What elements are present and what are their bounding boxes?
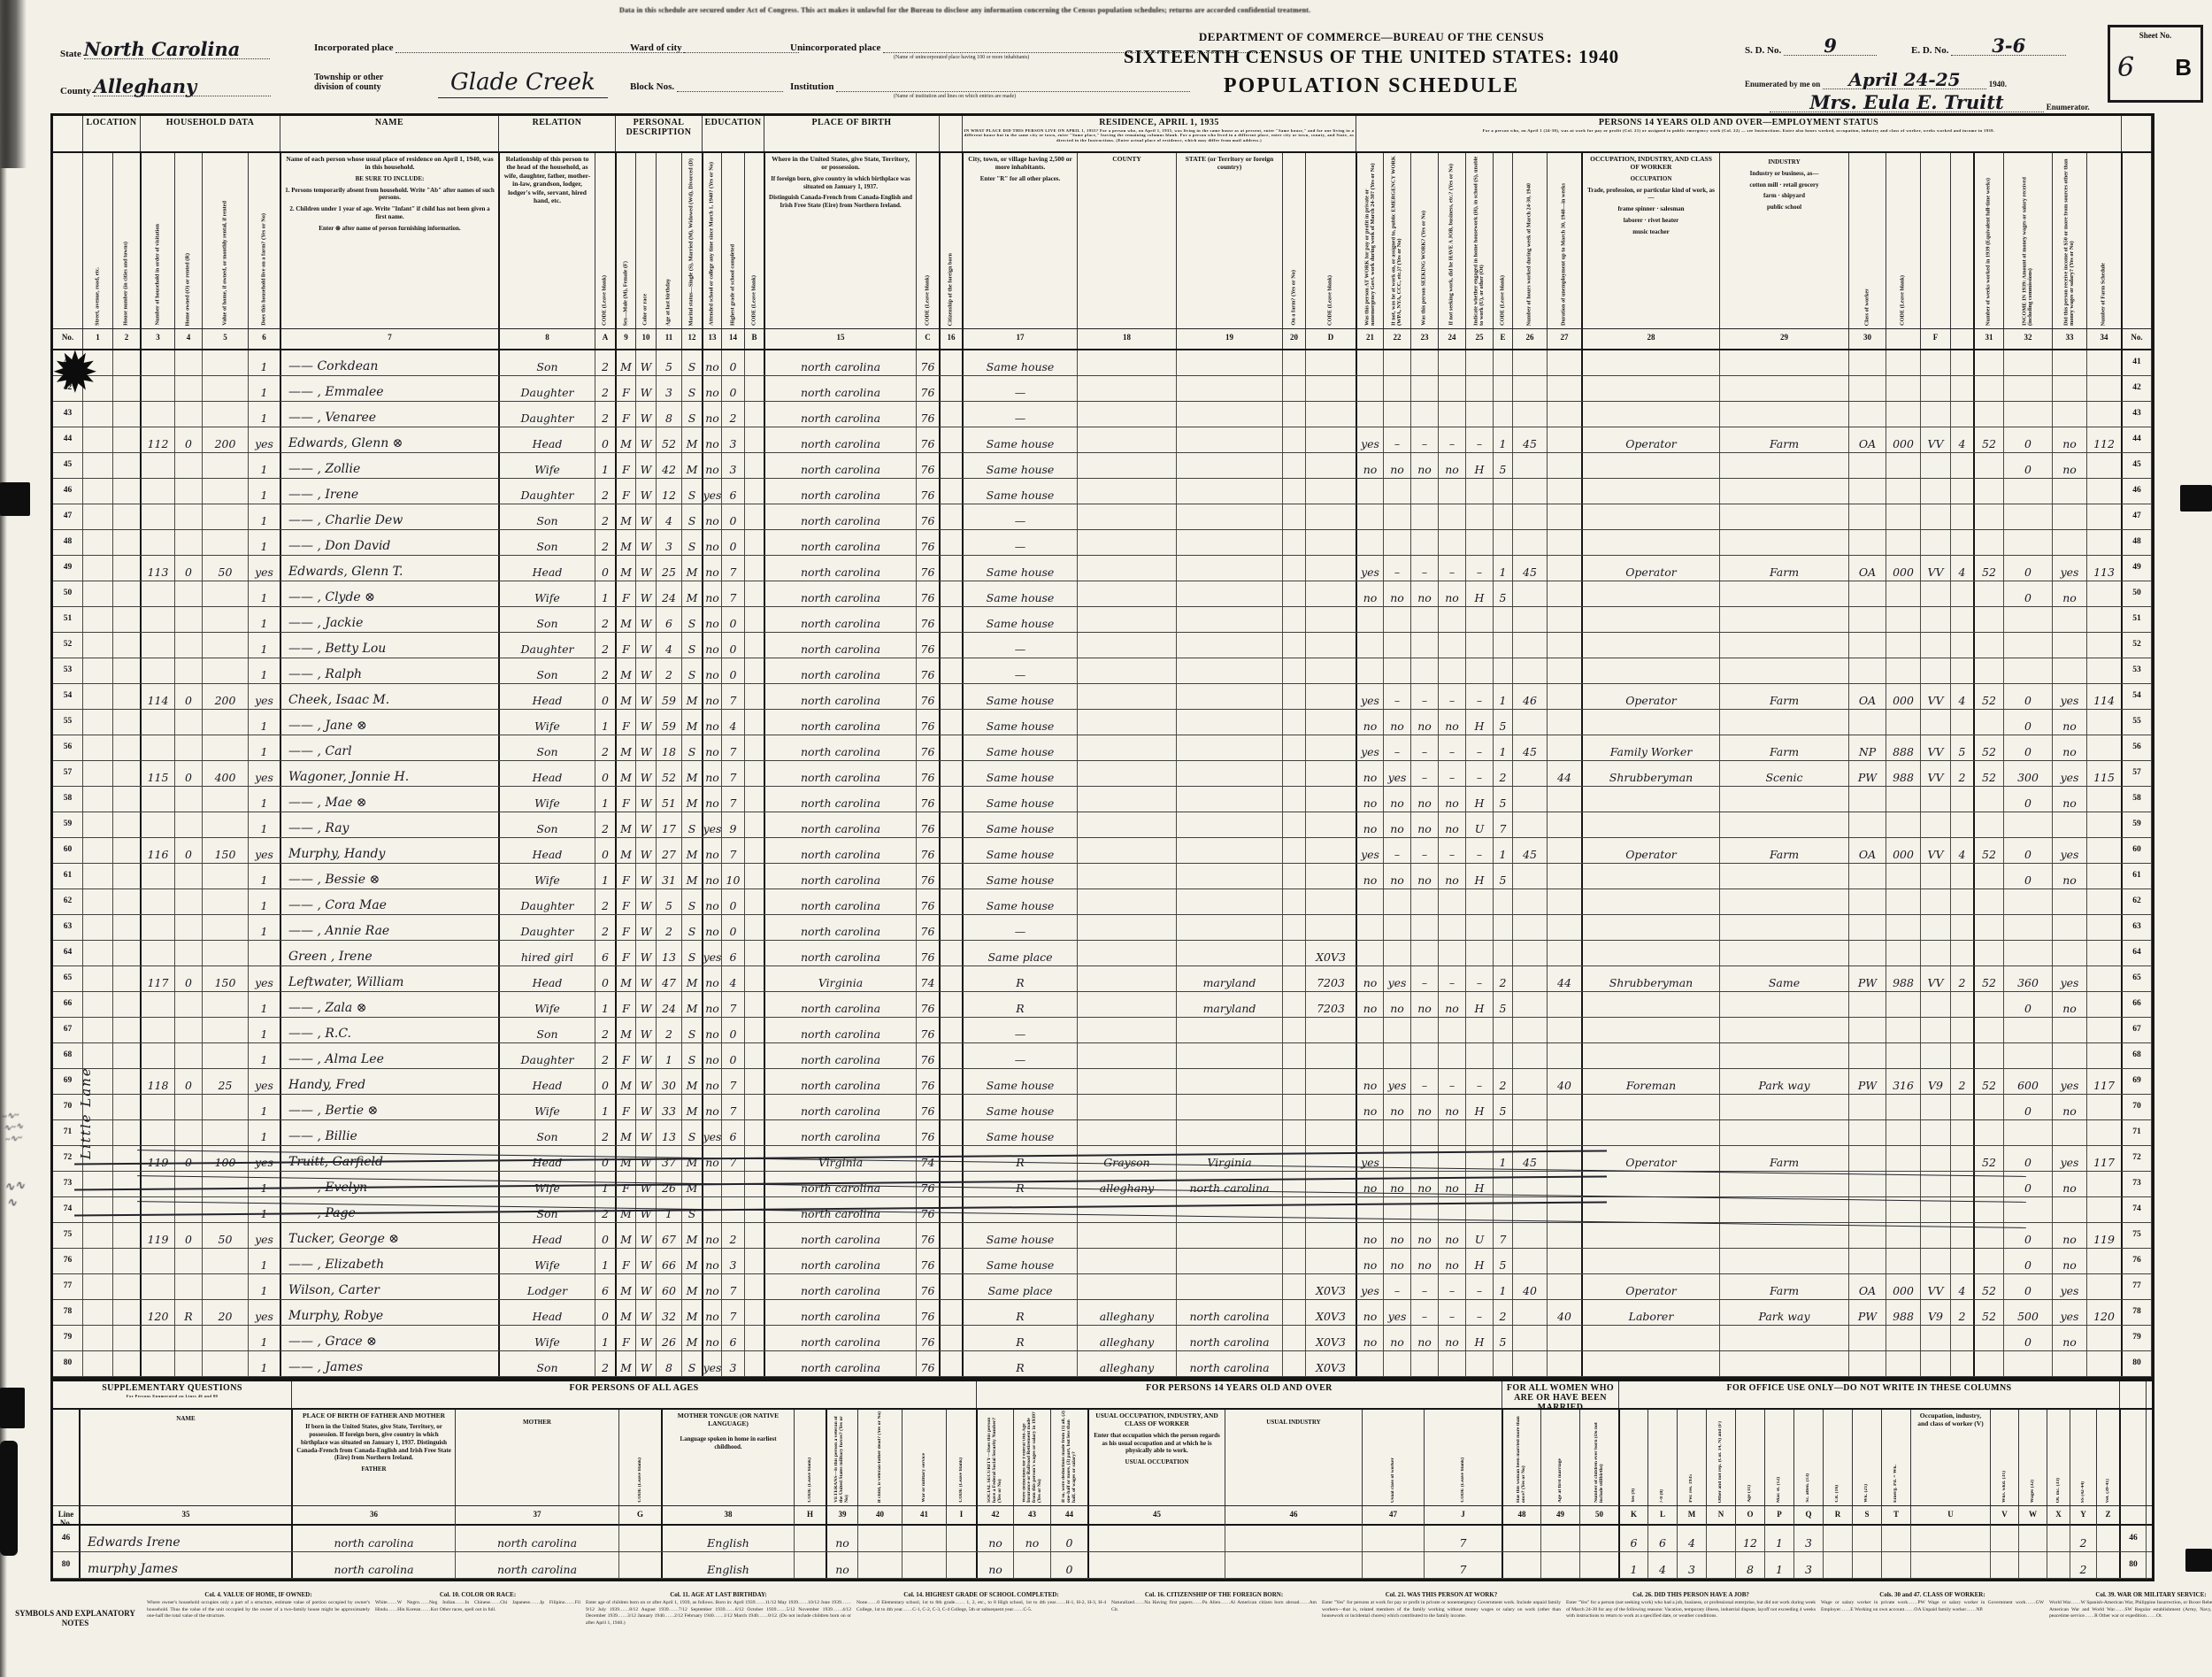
cell-rel: Daughter	[498, 889, 595, 914]
cell-f3	[1951, 812, 1974, 837]
cell-sc: yes	[702, 941, 722, 965]
cell-vl	[203, 633, 249, 658]
cell-fs	[2087, 402, 2122, 427]
column-number-P: P	[1765, 1506, 1794, 1527]
cell-name: —— , Venaree	[280, 402, 499, 427]
cell-h26	[1513, 633, 1548, 658]
cell-sc: no	[702, 453, 722, 478]
cell-sx: M	[615, 607, 636, 632]
cell-cr: W	[636, 915, 657, 940]
cell-gr: 7	[722, 1300, 745, 1325]
cell-r4	[1283, 864, 1306, 889]
cell-no2: 46	[2121, 479, 2152, 504]
cell-hn	[113, 581, 141, 606]
cell-h26	[1513, 1326, 1548, 1350]
group-header-instructions: For Persons Enumerated on Lines 46 and 8…	[54, 1394, 290, 1398]
cell-f1: 000	[1886, 427, 1921, 452]
footer-note-body: Enter age of children born on or after A…	[586, 1600, 851, 1627]
cell-e25: –	[1466, 427, 1494, 452]
cell-kw	[1849, 1326, 1886, 1350]
cell-r2	[1078, 504, 1177, 529]
cell-fm: 1	[249, 864, 280, 889]
cell-oc	[1581, 453, 1720, 478]
enumerator-name: Mrs. Eula E. Truitt	[1809, 91, 2003, 113]
cell-kw	[1849, 1018, 1886, 1042]
column-header-j: CODE (Leave blank)	[1425, 1410, 1502, 1505]
cell-ms: S	[682, 889, 703, 914]
group-header-label: RELATION	[533, 118, 582, 127]
cell-f2	[1921, 1095, 1951, 1119]
cell-gr: 0	[722, 915, 745, 940]
cell-e23: –	[1411, 966, 1439, 991]
cell-r3	[1177, 1223, 1283, 1248]
cell-d	[1306, 838, 1356, 863]
cell-o33: no	[2053, 1172, 2087, 1196]
cell-r2	[1078, 479, 1177, 504]
column-header-label: Indicate whether engaged in home housewo…	[1473, 156, 1485, 326]
column-header-u47: Usual class of worker	[1363, 1410, 1425, 1505]
cell-oc	[1581, 1351, 1720, 1376]
cell-gr: 7	[722, 787, 745, 812]
cell-vl	[203, 504, 249, 529]
cell-N	[1707, 1526, 1736, 1551]
cell-fs	[2087, 453, 2122, 478]
cell-o33	[2053, 402, 2087, 427]
cell-ms: M	[682, 761, 703, 786]
column-number-pb: 15	[764, 329, 917, 349]
township-value: Glade Creek	[438, 69, 608, 98]
cell-e22: –	[1384, 427, 1411, 452]
cell-in: Farm	[1720, 735, 1849, 760]
cell-r3	[1177, 658, 1283, 683]
cell-r1: R	[962, 992, 1078, 1017]
cell-e22: no	[1384, 1095, 1411, 1119]
cell-f1: 000	[1886, 556, 1921, 581]
cell-h26	[1513, 1095, 1548, 1119]
cell-h26	[1513, 812, 1548, 837]
cell-cr: W	[636, 633, 657, 658]
cell-f3	[1951, 504, 1974, 529]
cell-f1	[1886, 504, 1921, 529]
cell-Q: 3	[1794, 1552, 1824, 1578]
cell-rel: Son	[498, 1018, 595, 1042]
cell-i32: 300	[2004, 761, 2053, 786]
cell-ag: 60	[657, 1274, 682, 1299]
cell-f1: 000	[1886, 684, 1921, 709]
cell-r2	[1078, 812, 1177, 837]
cell-oc: Operator	[1581, 838, 1720, 863]
cell-w31: 52	[1973, 1069, 2004, 1094]
cell-ms: M	[682, 581, 703, 606]
cell-r4	[1283, 838, 1306, 863]
column-number-sx: 9	[615, 329, 636, 349]
cell-kw	[1849, 350, 1886, 375]
cell-e24: no	[1439, 864, 1466, 889]
column-header-text: FATHER	[293, 1464, 455, 1475]
cell-f1	[1886, 864, 1921, 889]
cell-rel: Son	[498, 1351, 595, 1376]
cell-pb: north carolina	[764, 479, 917, 504]
cell-i32	[2004, 1043, 2053, 1068]
cell-r3	[1177, 581, 1283, 606]
column-header-X: Ot. inc. (33)	[2047, 1410, 2070, 1505]
cell-r3	[1177, 376, 1283, 401]
cell-b	[745, 1120, 764, 1145]
cell-c: 76	[917, 812, 940, 837]
cell-fm: yes	[249, 1223, 280, 1248]
column-header-L: 7-8 (0)	[1648, 1410, 1678, 1505]
cell-r3: north carolina	[1177, 1172, 1283, 1196]
cell-rel: Son	[498, 735, 595, 760]
cell-in	[1720, 1197, 1849, 1222]
column-header-text: MOTHER	[456, 1417, 618, 1428]
cell-fs	[2087, 915, 2122, 940]
cell-h26: 45	[1513, 1146, 1548, 1171]
cell-st	[83, 427, 113, 452]
cell-sc: no	[702, 889, 722, 914]
cell-no2: 42	[2121, 376, 2152, 401]
cell-r4	[1283, 1197, 1306, 1222]
column-header-label: CODE (Leave blank)	[1901, 275, 1907, 326]
cell-o33	[2053, 658, 2087, 683]
cell-h26	[1513, 479, 1548, 504]
cell-d	[1306, 479, 1356, 504]
cell-f2: V9	[1921, 1300, 1951, 1325]
cell-e25: H	[1466, 710, 1494, 735]
cell-oc: Operator	[1581, 556, 1720, 581]
cell-ag: 18	[657, 735, 682, 760]
cell-fs	[2087, 1274, 2122, 1299]
cell-ag: 5	[657, 350, 682, 375]
cell-f1	[1886, 453, 1921, 478]
cell-ms: S	[682, 530, 703, 555]
cell-ag: 17	[657, 812, 682, 837]
cell-o33	[2053, 941, 2087, 965]
cell-e23	[1411, 1120, 1439, 1145]
cell-e23: no	[1411, 1172, 1439, 1196]
cell-h26	[1513, 402, 1548, 427]
cell-cr: W	[636, 1351, 657, 1376]
column-header-label: INCOME IN 1939: Amount of money wages or…	[2022, 156, 2033, 326]
column-number-no2	[2119, 1506, 2147, 1527]
cell-hh	[140, 787, 175, 812]
cell-e21: no	[1356, 453, 1384, 478]
cell-ag: 59	[657, 710, 682, 735]
cell-e25	[1466, 1043, 1494, 1068]
column-header-Z: Vet. (39-41)	[2097, 1410, 2120, 1505]
cell-f3	[1951, 1043, 1974, 1068]
cell-cr: W	[636, 1069, 657, 1094]
cell-b	[745, 864, 764, 889]
cell-e23	[1411, 376, 1439, 401]
cell-d27	[1548, 658, 1582, 683]
cell-d	[1306, 530, 1356, 555]
cell-ct	[939, 479, 963, 504]
column-header-label: Cit. (16)	[1835, 1485, 1840, 1503]
cell-w31: 52	[1973, 1146, 2004, 1171]
cell-d	[1306, 915, 1356, 940]
state-label: State	[60, 49, 81, 59]
cell-e22	[1384, 633, 1411, 658]
cell-r3	[1177, 889, 1283, 914]
cell-name: —— , James	[280, 1351, 499, 1376]
cell-o33: no	[2053, 710, 2087, 735]
column-number-T: T	[1882, 1506, 1911, 1527]
cell-cr: W	[636, 684, 657, 709]
cell-v39: no	[826, 1552, 858, 1578]
cell-hh	[140, 1351, 175, 1376]
cell-b	[745, 1146, 764, 1171]
cell-M: 4	[1678, 1526, 1707, 1551]
cell-kw	[1849, 453, 1886, 478]
cell-e25: H	[1466, 1172, 1494, 1196]
cell-sc: no	[702, 607, 722, 632]
cell-r3: maryland	[1177, 992, 1283, 1017]
column-number-U: U	[1911, 1506, 1991, 1527]
cell-c: 76	[917, 1249, 940, 1273]
cell-d	[1306, 735, 1356, 760]
cell-e22: no	[1384, 1326, 1411, 1350]
cell-ce	[1494, 479, 1513, 504]
cell-oc	[1581, 1197, 1720, 1222]
marginal-scribble-1: ~∿~∿~∿~∿~	[2, 1104, 59, 1146]
cell-sx: M	[615, 1351, 636, 1376]
cell-d27	[1548, 838, 1582, 863]
cell-kw	[1849, 1197, 1886, 1222]
cell-st	[83, 684, 113, 709]
cell-Y: 2	[2070, 1526, 2097, 1551]
cell-w31	[1973, 530, 2004, 555]
cell-sc: no	[702, 1069, 722, 1094]
cell-e25	[1466, 402, 1494, 427]
cell-fs	[2087, 607, 2122, 632]
cell-fm: 1	[249, 1351, 280, 1376]
column-number-cr: 10	[636, 329, 657, 349]
cell-cr: W	[636, 1120, 657, 1145]
cell-c: 76	[917, 427, 940, 452]
cell-oc	[1581, 1223, 1720, 1248]
cell-e23: –	[1411, 1274, 1439, 1299]
cell-b	[745, 838, 764, 863]
cell-no2: 61	[2121, 864, 2152, 889]
cell-oc	[1581, 479, 1720, 504]
cell-st	[83, 1300, 113, 1325]
cell-hn	[113, 787, 141, 812]
cell-ag: 31	[657, 864, 682, 889]
cell-a: 0	[595, 1223, 616, 1248]
cell-f1	[1886, 1018, 1921, 1042]
cell-r4	[1283, 889, 1306, 914]
cell-oc	[1581, 504, 1720, 529]
cell-e21: no	[1356, 1223, 1384, 1248]
cell-name: Handy, Fred	[280, 1069, 499, 1094]
column-header-text: Industry or business, as—	[1720, 168, 1848, 180]
cell-fm: 1	[249, 915, 280, 940]
footer-note-title: Cols. 30 and 47. CLASS OF WORKER:	[1821, 1591, 2044, 1598]
cell-hn	[113, 607, 141, 632]
table-row: 591—— , RaySon2MW17Syes9north carolina76…	[53, 812, 2152, 838]
column-number-ms: 12	[682, 329, 703, 349]
cell-e23: –	[1411, 1300, 1439, 1325]
cell-ag: 25	[657, 556, 682, 581]
cell-sx: M	[615, 735, 636, 760]
cell-rel: hired girl	[498, 941, 595, 965]
cell-w31	[1973, 607, 2004, 632]
cell-ms: M	[682, 684, 703, 709]
column-number-oc: 28	[1581, 329, 1720, 349]
cell-b	[745, 530, 764, 555]
cell-w31: 52	[1973, 684, 2004, 709]
cell-s42: no	[976, 1552, 1014, 1578]
county-value: Alleghany	[94, 75, 197, 97]
cell-oc	[1581, 1095, 1720, 1119]
cell-gr: 9	[722, 812, 745, 837]
cell-fm: 1	[249, 581, 280, 606]
group-header-row: LOCATIONHOUSEHOLD DATANAMERELATIONPERSON…	[53, 116, 2152, 153]
cell-vl	[203, 1120, 249, 1145]
column-header-text: OCCUPATION, INDUSTRY, AND CLASS OF WORKE…	[1583, 153, 1719, 173]
cell-vl	[203, 1274, 249, 1299]
cell-d27: 44	[1548, 966, 1582, 991]
cell-ms: M	[682, 1300, 703, 1325]
cell-i32: 0	[2004, 864, 2053, 889]
cell-fa: north carolina	[291, 1526, 456, 1551]
cell-r3	[1177, 633, 1283, 658]
incorporated-label: Incorporated place	[314, 42, 394, 53]
cell-fs: 115	[2087, 761, 2122, 786]
cell-sc: no	[702, 504, 722, 529]
cell-j: 7	[1425, 1526, 1502, 1551]
cell-pb: north carolina	[764, 761, 917, 786]
cell-r2: alleghany	[1078, 1326, 1177, 1350]
column-number-j: J	[1425, 1506, 1502, 1527]
cell-f3	[1951, 376, 1974, 401]
cell-gr: 7	[722, 1274, 745, 1299]
cell-rel: Lodger	[498, 1274, 595, 1299]
cell-ow: 0	[175, 1146, 203, 1171]
cell-f3	[1951, 1326, 1974, 1350]
cell-gr: 7	[722, 581, 745, 606]
cell-fs	[2087, 658, 2122, 683]
cell-g	[619, 1552, 662, 1578]
column-number-name: 35	[79, 1506, 292, 1527]
cell-rel: Head	[498, 684, 595, 709]
column-header-o33: Did this person receive income of $50 or…	[2053, 153, 2087, 328]
cell-e24: –	[1439, 761, 1466, 786]
cell-v40	[858, 1526, 902, 1551]
cell-e25	[1466, 1120, 1494, 1145]
cell-ce	[1494, 376, 1513, 401]
cell-d: X0V3	[1306, 1274, 1356, 1299]
column-header-ow: Home owned (O) or rented (R)	[175, 153, 203, 328]
footer-note-title: Col. 21. WAS THIS PERSON AT WORK?	[1322, 1591, 1561, 1598]
cell-w31	[1973, 992, 2004, 1017]
cell-f2	[1921, 941, 1951, 965]
cell-fs	[2087, 966, 2122, 991]
cell-r4	[1283, 966, 1306, 991]
cell-hh	[140, 607, 175, 632]
cell-ow: 0	[175, 966, 203, 991]
cell-o33: no	[2053, 864, 2087, 889]
cell-v39: no	[826, 1526, 858, 1551]
column-number-rel: 8	[498, 329, 595, 349]
cell-d27	[1548, 710, 1582, 735]
column-header-label: Was this person AT WORK for pay or profi…	[1364, 156, 1376, 326]
cell-d27	[1548, 402, 1582, 427]
cell-kw	[1849, 1095, 1886, 1119]
cell-ms: S	[682, 1043, 703, 1068]
cell-hh	[140, 941, 175, 965]
cell-kw: OA	[1849, 684, 1886, 709]
column-header-in: INDUSTRYIndustry or business, as—cotton …	[1720, 153, 1849, 328]
footer-note-title: Col. 14. HIGHEST GRADE OF SCHOOL COMPLET…	[856, 1591, 1106, 1598]
footer-note-body: World War……W Spanish-American War, Phili…	[2049, 1600, 2212, 1620]
cell-pb: north carolina	[764, 376, 917, 401]
cell-mo: north carolina	[456, 1552, 619, 1578]
cell-e23	[1411, 402, 1439, 427]
cell-in	[1720, 864, 1849, 889]
cell-r3	[1177, 761, 1283, 786]
group-header-label: HOUSEHOLD DATA	[166, 118, 254, 127]
column-header-R: Cit. (16)	[1824, 1410, 1853, 1505]
cell-oc: Shrubberyman	[1581, 761, 1720, 786]
cell-ce	[1494, 1172, 1513, 1196]
cell-cr: W	[636, 1146, 657, 1171]
cell-name: —— , Mae ⊗	[280, 787, 499, 812]
cell-ms: M	[682, 864, 703, 889]
table-row: 791—— , Grace ⊗Wife1FW26Mno6north caroli…	[53, 1326, 2152, 1351]
table-row: 80murphy Jamesnorth carolinanorth caroli…	[53, 1552, 2152, 1579]
cell-ow	[175, 812, 203, 837]
cell-e24	[1439, 376, 1466, 401]
cell-ct	[939, 684, 963, 709]
cell-ce: 5	[1494, 1095, 1513, 1119]
cell-c: 76	[917, 1120, 940, 1145]
county-label: County	[60, 86, 91, 96]
cell-e23	[1411, 530, 1439, 555]
cell-e22	[1384, 1146, 1411, 1171]
cell-r3	[1177, 735, 1283, 760]
cell-sc	[702, 1197, 722, 1222]
column-header-label: CODE (Leave blank)	[1461, 1458, 1466, 1503]
cell-b	[745, 581, 764, 606]
cell-gr: 7	[722, 735, 745, 760]
cell-ms: M	[682, 427, 703, 452]
cell-hn	[113, 735, 141, 760]
group-header-label: FOR PERSONS 14 YEARS OLD AND OVER	[1146, 1383, 1333, 1393]
cell-ow	[175, 1274, 203, 1299]
cell-gr: 7	[722, 838, 745, 863]
cell-cr: W	[636, 1018, 657, 1042]
cell-sc: no	[702, 1043, 722, 1068]
cell-h	[795, 1526, 826, 1551]
cell-r1: Same house	[962, 812, 1078, 837]
cell-a: 0	[595, 966, 616, 991]
table-row: 501—— , Clyde ⊗Wife1FW24Mno7north caroli…	[53, 581, 2152, 607]
cell-sc: no	[702, 864, 722, 889]
column-header-text: PLACE OF BIRTH OF FATHER AND MOTHER	[293, 1410, 455, 1421]
cell-h26	[1513, 992, 1548, 1017]
cell-e24: –	[1439, 427, 1466, 452]
cell-e25: –	[1466, 761, 1494, 786]
column-header-label: 7-8 (0)	[1660, 1489, 1665, 1503]
cell-e23: no	[1411, 1326, 1439, 1350]
column-header-text: If foreign born, give country in which b…	[765, 173, 916, 193]
cell-f3	[1951, 1249, 1974, 1273]
cell-pb: north carolina	[764, 1095, 917, 1119]
cell-a: 2	[595, 658, 616, 683]
cell-pb: north carolina	[764, 633, 917, 658]
